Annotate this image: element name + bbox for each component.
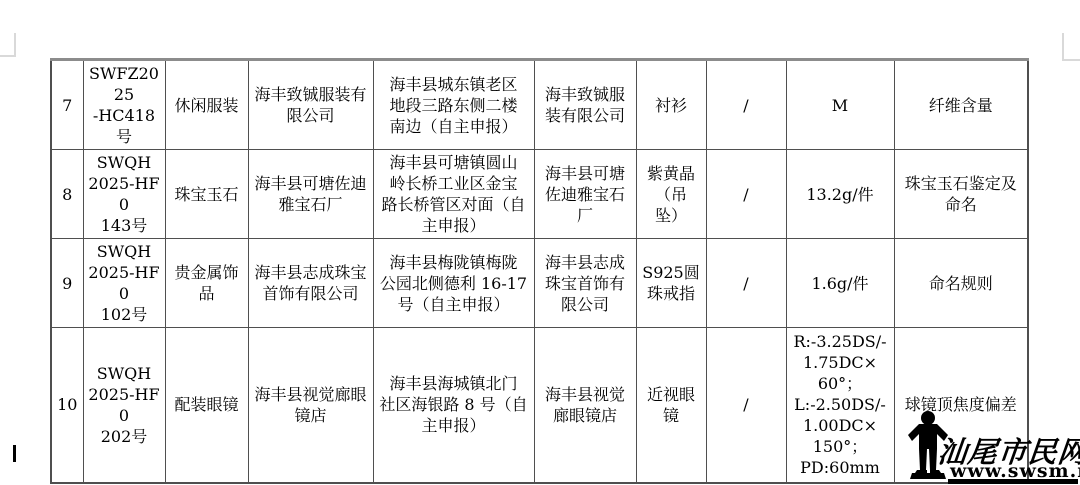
- table-cell: 休闲服装: [165, 60, 248, 150]
- page-margin-mark-top-left-horizontal: [0, 55, 16, 57]
- table-cell: SWQH 2025-HF0 143号: [83, 150, 165, 239]
- table-cell: 珠宝玉石鉴定及 命名: [894, 150, 1028, 239]
- table-row: 9SWQH 2025-HF0 102号贵金属饰 品海丰县志成珠宝 首饰有限公司海…: [51, 239, 1028, 328]
- table-cell: 海丰县梅陇镇梅陇 公园北侧德利 16-17 号（自主申报）: [373, 239, 534, 328]
- page-margin-mark-top-right-horizontal: [1062, 59, 1080, 61]
- table-cell: R:-3.25DS/- 1.75DC× 60°； L:-2.50DS/- 1.0…: [786, 328, 894, 483]
- table-cell: /: [706, 328, 786, 483]
- table-cell: 海丰县可塘佐迪 雅宝石厂: [248, 150, 373, 239]
- table-cell: 海丰县可塘 佐迪雅宝石 厂: [534, 150, 636, 239]
- table-cell: 贵金属饰 品: [165, 239, 248, 328]
- table-cell: S925圆 珠戒指: [636, 239, 706, 328]
- table-row: 7SWFZ2025 -HC418号休闲服装海丰致铖服装有 限公司海丰县城东镇老区…: [51, 60, 1028, 150]
- table-cell: /: [706, 150, 786, 239]
- row-number-cell: 9: [51, 239, 83, 328]
- table-cell: M: [786, 60, 894, 150]
- table-body: 7SWFZ2025 -HC418号休闲服装海丰致铖服装有 限公司海丰县城东镇老区…: [51, 60, 1028, 483]
- site-watermark: 汕尾市民网 www.swsm.net: [898, 408, 1080, 485]
- table-cell: 紫黄晶 （吊 坠）: [636, 150, 706, 239]
- row-number-cell: 7: [51, 60, 83, 150]
- table-cell: 海丰县视觉 廊眼镜店: [534, 328, 636, 483]
- document-page: 7SWFZ2025 -HC418号休闲服装海丰致铖服装有 限公司海丰县城东镇老区…: [0, 0, 1080, 485]
- table-cell: 珠宝玉石: [165, 150, 248, 239]
- table-cell: 海丰县城东镇老区 地段三路东侧二楼 南边（自主申报）: [373, 60, 534, 150]
- row-number-cell: 10: [51, 328, 83, 483]
- table-cell: 近视眼 镜: [636, 328, 706, 483]
- table-cell: 海丰县志成珠宝 首饰有限公司: [248, 239, 373, 328]
- table-cell: 命名规则: [894, 239, 1028, 328]
- table-cell: /: [706, 239, 786, 328]
- watermark-underline: [948, 479, 1078, 484]
- text-cursor: [13, 445, 16, 462]
- page-margin-mark-top-right-vertical: [1062, 33, 1064, 60]
- table-row: 8SWQH 2025-HF0 143号珠宝玉石海丰县可塘佐迪 雅宝石厂海丰县可塘…: [51, 150, 1028, 239]
- table-cell: 海丰致铖服装有 限公司: [248, 60, 373, 150]
- table-cell: 海丰县志成 珠宝首饰有 限公司: [534, 239, 636, 328]
- table-cell: 13.2g/件: [786, 150, 894, 239]
- table-cell: 衬衫: [636, 60, 706, 150]
- table-cell: 纤维含量: [894, 60, 1028, 150]
- inspection-results-table: 7SWFZ2025 -HC418号休闲服装海丰致铖服装有 限公司海丰县城东镇老区…: [50, 58, 1029, 484]
- table-cell: 海丰致铖服 装有限公司: [534, 60, 636, 150]
- row-number-cell: 8: [51, 150, 83, 239]
- table-cell: SWQH 2025-HF0 102号: [83, 239, 165, 328]
- table-cell: SWFZ2025 -HC418号: [83, 60, 165, 150]
- table-cell: 1.6g/件: [786, 239, 894, 328]
- table-cell: 海丰县海城镇北门 社区海银路 8 号（自 主申报）: [373, 328, 534, 483]
- table-cell: /: [706, 60, 786, 150]
- table-cell: 海丰县视觉廊眼 镜店: [248, 328, 373, 483]
- page-margin-mark-top-left-vertical: [14, 33, 16, 56]
- table-cell: 海丰县可塘镇圆山 岭长桥工业区金宝 路长桥管区对面（自 主申报）: [373, 150, 534, 239]
- table-cell: 配装眼镜: [165, 328, 248, 483]
- table-row: 10SWQH 2025-HF0 202号配装眼镜海丰县视觉廊眼 镜店海丰县海城镇…: [51, 328, 1028, 483]
- table-cell: SWQH 2025-HF0 202号: [83, 328, 165, 483]
